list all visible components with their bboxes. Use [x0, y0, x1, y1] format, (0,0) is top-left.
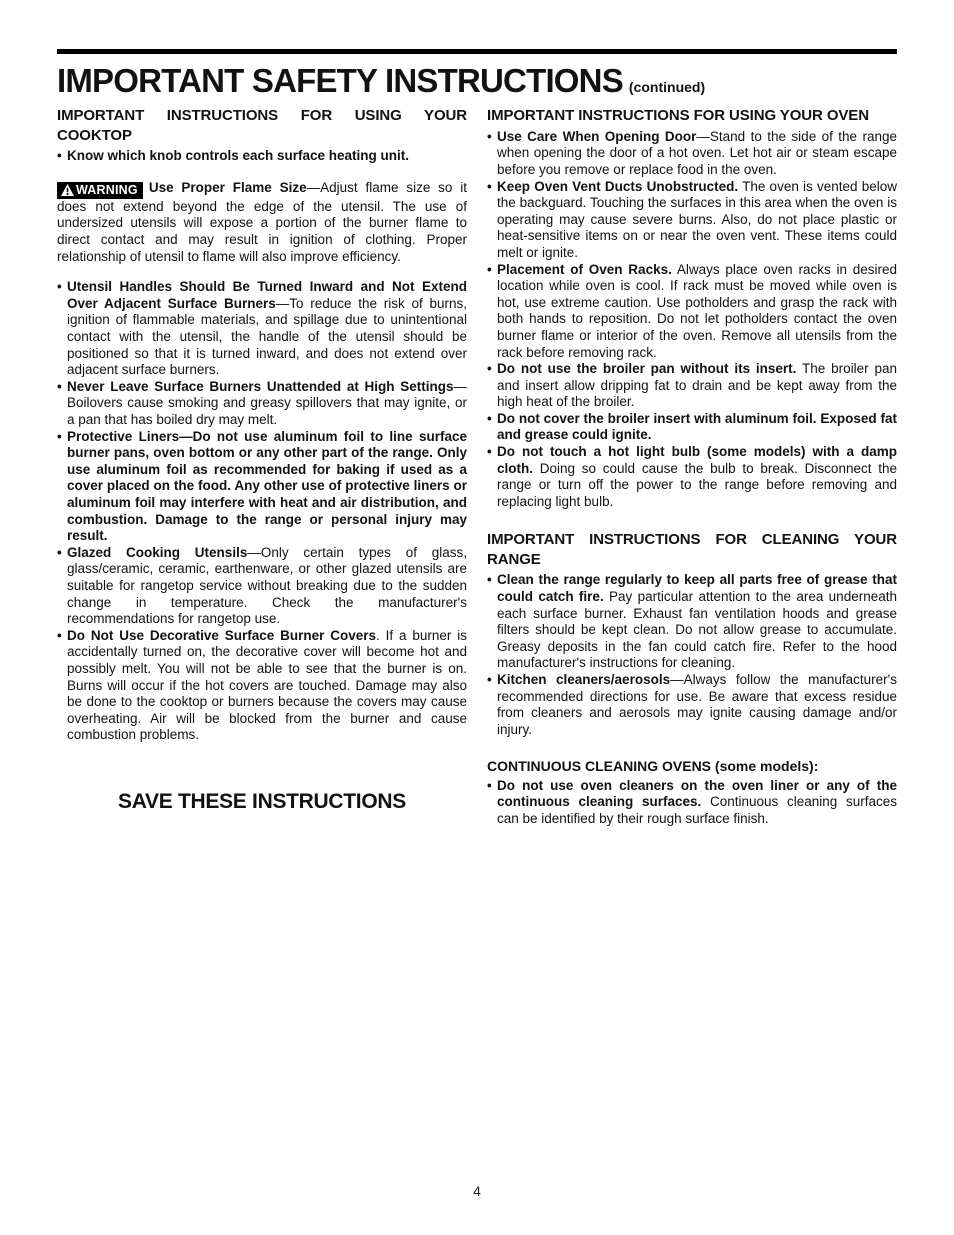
list-item: • Protective Liners—Do not use aluminum … — [57, 429, 467, 545]
bullet-marker: • — [487, 262, 492, 279]
bullet-lead: Keep Oven Vent Ducts Unobstructed. — [497, 179, 738, 194]
bullet-marker: • — [57, 148, 62, 165]
bullet-marker: • — [487, 179, 492, 196]
bullet-lead: Do Not Use Decorative Surface Burner Cov… — [67, 628, 376, 643]
intro-bullet-text: Know which knob controls each surface he… — [67, 148, 409, 163]
heading-cooktop: IMPORTANT INSTRUCTIONS FOR USING YOUR CO… — [57, 106, 467, 145]
bullet-marker: • — [57, 379, 62, 396]
bullet-lead: Placement of Oven Racks. — [497, 262, 672, 277]
bullet-marker: • — [57, 545, 62, 562]
bullet-rest: . If a burner is accidentally turned on,… — [67, 628, 467, 743]
heading-oven: IMPORTANT INSTRUCTIONS FOR USING YOUR OV… — [487, 106, 897, 126]
oven-bullet-list: • Use Care When Opening Door—Stand to th… — [487, 129, 897, 511]
list-item: • Clean the range regularly to keep all … — [487, 572, 897, 672]
bullet-marker: • — [487, 672, 492, 689]
document-page: IMPORTANT SAFETY INSTRUCTIONS(continued)… — [0, 0, 954, 828]
warning-badge-label: WARNING — [76, 183, 138, 197]
list-item: • Keep Oven Vent Ducts Unobstructed. The… — [487, 179, 897, 262]
list-item: • Kitchen cleaners/aerosols—Always follo… — [487, 672, 897, 738]
list-item: • Placement of Oven Racks. Always place … — [487, 262, 897, 362]
two-column-layout: IMPORTANT INSTRUCTIONS FOR USING YOUR CO… — [57, 106, 897, 827]
list-item: • Use Care When Opening Door—Stand to th… — [487, 129, 897, 179]
cleaning-bullet-list: • Clean the range regularly to keep all … — [487, 572, 897, 738]
left-column: IMPORTANT INSTRUCTIONS FOR USING YOUR CO… — [57, 106, 467, 827]
warning-lead: Use Proper Flame Size — [149, 180, 307, 195]
list-item: • Know which knob controls each surface … — [57, 148, 467, 165]
right-column: IMPORTANT INSTRUCTIONS FOR USING YOUR OV… — [487, 106, 897, 827]
warning-badge: WARNING — [57, 182, 143, 199]
bullet-marker: • — [57, 628, 62, 645]
list-item: • Do not use oven cleaners on the oven l… — [487, 778, 897, 828]
bullet-marker: • — [57, 279, 62, 296]
list-item: • Do not use the broiler pan without its… — [487, 361, 897, 411]
continuous-cleaning-bullet-list: • Do not use oven cleaners on the oven l… — [487, 778, 897, 828]
top-rule — [57, 49, 897, 54]
bullet-marker: • — [57, 429, 62, 446]
list-item: • Glazed Cooking Utensils—Only certain t… — [57, 545, 467, 628]
bullet-rest: Doing so could cause the bulb to break. … — [497, 461, 897, 509]
bullet-marker: • — [487, 444, 492, 461]
bullet-marker: • — [487, 129, 492, 146]
page-title: IMPORTANT SAFETY INSTRUCTIONS(continued) — [57, 63, 897, 99]
bullet-marker: • — [487, 361, 492, 378]
bullet-lead: Do not cover the broiler insert with alu… — [497, 411, 897, 443]
save-these-instructions-heading: SAVE THESE INSTRUCTIONS — [57, 790, 467, 814]
page-title-continued: (continued) — [629, 79, 705, 95]
bullet-lead: Kitchen cleaners/aerosols — [497, 672, 670, 687]
list-item: • Utensil Handles Should Be Turned Inwar… — [57, 279, 467, 379]
bullet-marker: • — [487, 572, 492, 589]
bullet-lead: Protective Liners—Do not use aluminum fo… — [67, 429, 467, 544]
heading-cleaning: IMPORTANT INSTRUCTIONS FOR CLEANING YOUR… — [487, 530, 897, 569]
bullet-lead: Glazed Cooking Utensils — [67, 545, 247, 560]
heading-continuous-cleaning: CONTINUOUS CLEANING OVENS (some models): — [487, 758, 897, 776]
bullet-lead: Never Leave Surface Burners Unattended a… — [67, 379, 454, 394]
list-item: • Do not cover the broiler insert with a… — [487, 411, 897, 444]
list-item: • Do Not Use Decorative Surface Burner C… — [57, 628, 467, 744]
bullet-marker: • — [487, 411, 492, 428]
warning-paragraph: WARNINGUse Proper Flame Size—Adjust flam… — [57, 180, 467, 265]
list-item: • Do not touch a hot light bulb (some mo… — [487, 444, 897, 510]
bullet-marker: • — [487, 778, 492, 795]
bullet-lead: Use Care When Opening Door — [497, 129, 696, 144]
page-title-text: IMPORTANT SAFETY INSTRUCTIONS — [57, 62, 623, 99]
page-number: 4 — [0, 1183, 954, 1199]
bullet-lead: Do not use the broiler pan without its i… — [497, 361, 796, 376]
cooktop-bullet-list: • Utensil Handles Should Be Turned Inwar… — [57, 279, 467, 744]
cooktop-intro-list: • Know which knob controls each surface … — [57, 148, 467, 165]
list-item: • Never Leave Surface Burners Unattended… — [57, 379, 467, 429]
warning-triangle-icon — [61, 184, 74, 196]
